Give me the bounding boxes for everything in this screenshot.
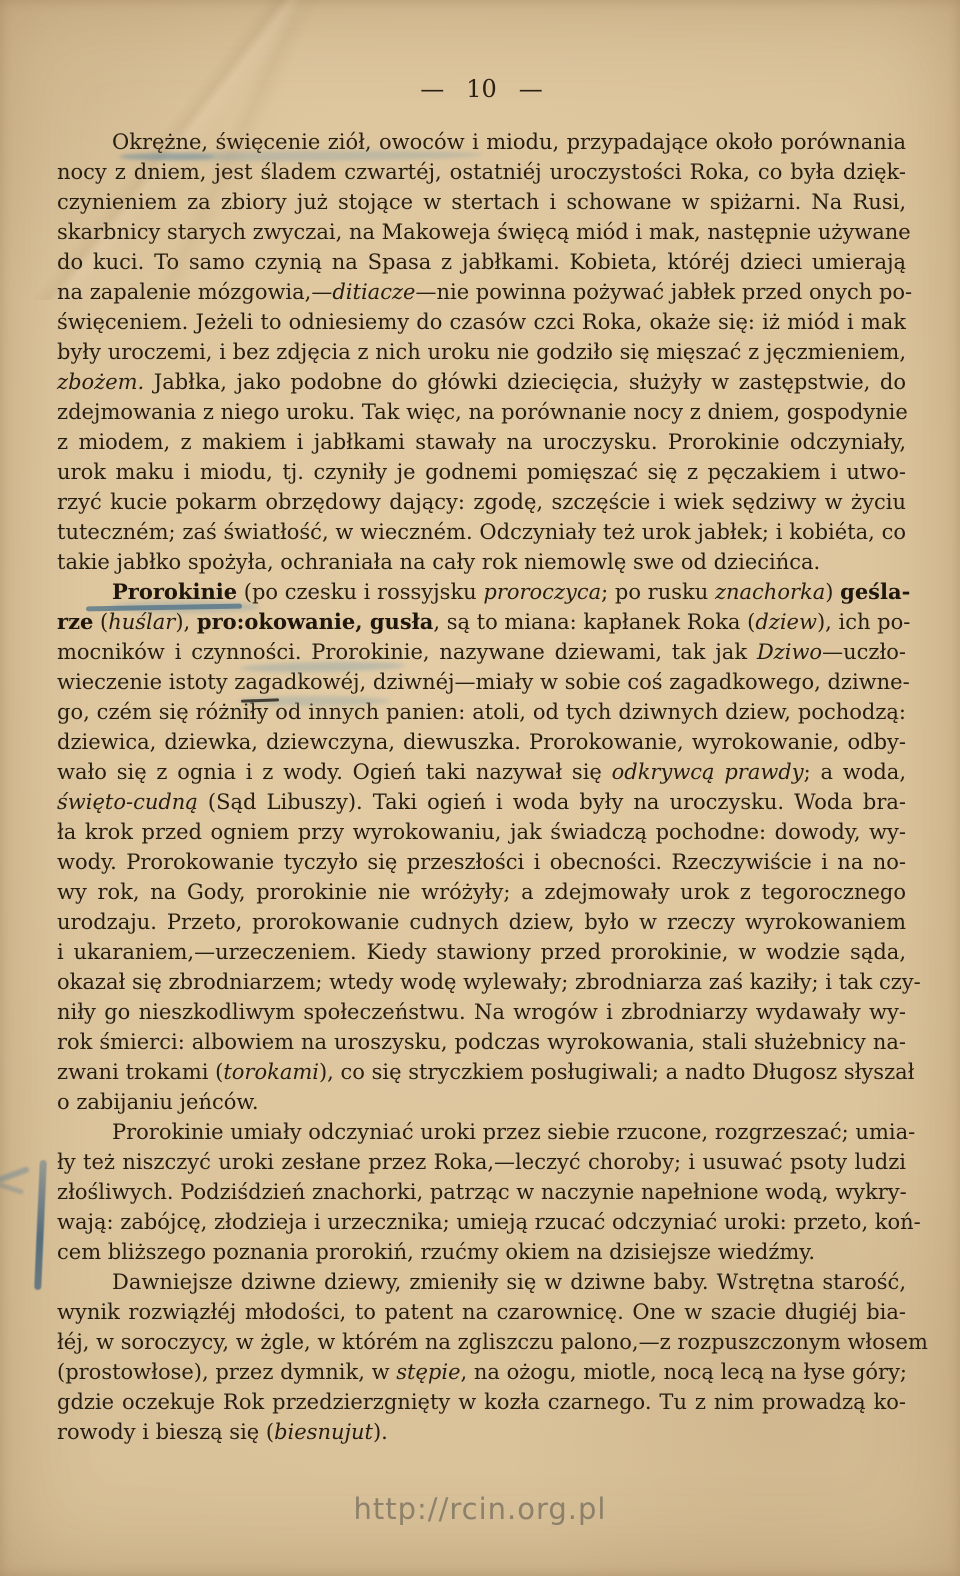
text-run: tuteczném; zaś światłość, w wieczném. Od…: [57, 520, 906, 544]
text-run: święto-cudną: [57, 790, 198, 814]
page-header: —10—: [57, 74, 906, 104]
text-run: wało się z ognia i z wody. Ogień taki na…: [57, 760, 612, 784]
text-line: wynik rozwiązłéj młodości, to patent na …: [57, 1297, 906, 1327]
text-run: rowody i bieszą się (: [57, 1420, 274, 1444]
page-number: 10: [466, 75, 497, 103]
text-line: skarbnicy starych zwyczai, na Makoweja ś…: [57, 217, 906, 247]
text-run: ; a woda,: [804, 760, 906, 784]
text-line: urodzaju. Przeto, prorokowanie cudnych d…: [57, 907, 906, 937]
text-line: zbożem. Jabłka, jako podobne do główki d…: [57, 367, 906, 397]
text-run: wają: zabójcę, złodzieja i urzecznika; u…: [57, 1210, 921, 1234]
text-run: , są to miana: kapłanek Roka (: [433, 610, 755, 634]
text-run: ditiacze: [332, 280, 415, 304]
text-line: rowody i bieszą się (biesnujut).: [57, 1417, 906, 1447]
text-run: Okrężne, święcenie ziół, owoców i miodu,…: [112, 130, 906, 154]
text-run: zbożem.: [57, 370, 144, 394]
pencil-margin-line: [34, 1160, 47, 1290]
text-run: z miodem, z makiem i jabłkami stawały na…: [57, 430, 906, 454]
text-run: niły go nieszkodliwym społeczeństwu. Na …: [57, 1000, 906, 1024]
pencil-margin-tick-lower: [0, 1182, 24, 1195]
text-run: geśla-: [840, 579, 910, 604]
paragraph: Okrężne, święcenie ziół, owoców i miodu,…: [57, 127, 906, 577]
text-run: cem bliższego poznania prorokiń, rzućmy …: [57, 1240, 815, 1264]
text-line: wało się z ognia i z wody. Ogień taki na…: [57, 757, 906, 787]
text-run: (Sąd Libuszy). Taki ogień i woda były na…: [198, 790, 906, 814]
text-run: pro:okowanie, gusła: [197, 609, 433, 634]
text-run: (po czesku i rossyjsku: [237, 580, 483, 604]
text-run: ły też niszczyć uroki zesłane przez Roka…: [57, 1150, 906, 1174]
text-run: Prorokinie umiały odczyniać uroki przez …: [112, 1120, 915, 1144]
text-run: ).: [373, 1420, 388, 1444]
text-run: czynieniem za zbiory już stojące w stert…: [57, 190, 906, 214]
text-run: i ukaraniem,—urzeczeniem. Kiedy stawiony…: [57, 940, 906, 964]
text-run: Dziwo: [757, 640, 822, 664]
text-line: z miodem, z makiem i jabłkami stawały na…: [57, 427, 906, 457]
text-line: do kuci. To samo czynią na Spasa z jabłk…: [57, 247, 906, 277]
text-block: Okrężne, święcenie ziół, owoców i miodu,…: [57, 127, 906, 1447]
text-run: wynik rozwiązłéj młodości, to patent na …: [57, 1300, 906, 1324]
text-run: dziew: [755, 610, 817, 634]
text-line: święto-cudną (Sąd Libuszy). Taki ogień i…: [57, 787, 906, 817]
text-run: ), ich po-: [817, 610, 910, 634]
text-line: na zapalenie mózgowia,—ditiacze—nie powi…: [57, 277, 906, 307]
text-line: nocy z dniem, jest śladem czwartéj, osta…: [57, 157, 906, 187]
text-run: wody. Prorokowanie tyczyło się przeszłoś…: [57, 850, 906, 874]
paragraph: Prorokinie (po czesku i rossyjsku proroc…: [57, 577, 906, 1117]
text-run: go, czém się różniły od innych panien: a…: [57, 700, 906, 724]
text-run: wy rok, na Gody, prorokinie nie wróżyły;…: [57, 880, 906, 904]
text-line: okazał się zbrodniarzem; wtedy wodę wyle…: [57, 967, 906, 997]
text-run: zdejmowania z niego uroku. Tak więc, na …: [57, 400, 908, 424]
text-line: cem bliższego poznania prorokiń, rzućmy …: [57, 1237, 906, 1267]
text-line: rze (huślar), pro:okowanie, gusła, są to…: [57, 607, 906, 637]
text-line: ła krok przed ogniem przy wyrokowaniu, j…: [57, 817, 906, 847]
text-run: ): [825, 580, 840, 604]
text-run: (prostowłose), przez dymnik, w: [57, 1360, 396, 1384]
text-line: rzyć kucie pokarm obrzędowy dający: zgod…: [57, 487, 906, 517]
text-run: Prorokinie: [112, 579, 237, 604]
text-run: torokami: [223, 1060, 319, 1084]
text-line: wody. Prorokowanie tyczyło się przeszłoś…: [57, 847, 906, 877]
text-run: zwani trokami (: [57, 1060, 223, 1084]
text-line: tuteczném; zaś światłość, w wieczném. Od…: [57, 517, 906, 547]
text-run: mocników i czynności. Prorokinie, nazywa…: [57, 640, 757, 664]
text-run: dziewica, dziewka, dziewczyna, diewuszka…: [57, 730, 906, 754]
text-run: biesnujut: [274, 1420, 373, 1444]
text-run: takie jabłko spożyła, ochraniała na cały…: [57, 550, 820, 574]
scanned-book-page: { "header": { "dash": "—", "page_number"…: [0, 0, 960, 1576]
text-run: rok śmierci: albowiem na uroszysku, podc…: [57, 1030, 906, 1054]
text-line: Prorokinie (po czesku i rossyjsku proroc…: [57, 577, 906, 607]
text-line: o zabijaniu jeńców.: [57, 1087, 906, 1117]
text-line: ły też niszczyć uroki zesłane przez Roka…: [57, 1147, 906, 1177]
text-run: ła krok przed ogniem przy wyrokowaniu, j…: [57, 820, 906, 844]
text-run: (: [93, 610, 108, 634]
text-line: wy rok, na Gody, prorokinie nie wróżyły;…: [57, 877, 906, 907]
text-line: mocników i czynności. Prorokinie, nazywa…: [57, 637, 906, 667]
text-line: czynieniem za zbiory już stojące w stert…: [57, 187, 906, 217]
header-dash-right: —: [519, 75, 543, 103]
text-run: —nie powinna pożywać jabłek przed onych …: [415, 280, 912, 304]
text-line: Dawniejsze dziwne dziewy, zmieniły się w…: [57, 1267, 906, 1297]
text-run: huślar: [108, 610, 175, 634]
text-run: skarbnicy starych zwyczai, na Makoweja ś…: [57, 220, 911, 244]
text-run: okazał się zbrodniarzem; wtedy wodę wyle…: [57, 970, 921, 994]
text-line: były uroczemi, i bez zdjęcia z nich urok…: [57, 337, 906, 367]
text-run: stępie: [396, 1360, 460, 1384]
text-run: święceniem. Jeżeli to odniesiemy do czas…: [57, 310, 906, 334]
text-line: dziewica, dziewka, dziewczyna, diewuszka…: [57, 727, 906, 757]
text-line: gdzie oczekuje Rok przedzierzgnięty w ko…: [57, 1387, 906, 1417]
text-run: —uczło-: [822, 640, 906, 664]
watermark: http://rcin.org.pl: [0, 1492, 960, 1526]
text-line: (prostowłose), przez dymnik, w stępie, n…: [57, 1357, 906, 1387]
text-run: ; po rusku: [601, 580, 715, 604]
text-run: rze: [57, 609, 93, 634]
text-run: na zapalenie mózgowia,—: [57, 280, 332, 304]
text-run: gdzie oczekuje Rok przedzierzgnięty w ko…: [57, 1390, 906, 1414]
text-line: rok śmierci: albowiem na uroszysku, podc…: [57, 1027, 906, 1057]
text-line: złośliwych. Podziśdzień znachorki, patrz…: [57, 1177, 906, 1207]
text-run: nocy z dniem, jest śladem czwartéj, osta…: [57, 160, 906, 184]
text-line: wieczenie istoty zagadkowéj, dziwnéj—mia…: [57, 667, 906, 697]
text-run: proroczyca: [483, 580, 601, 604]
text-line: takie jabłko spożyła, ochraniała na cały…: [57, 547, 906, 577]
text-line: Prorokinie umiały odczyniać uroki przez …: [57, 1117, 906, 1147]
text-line: go, czém się różniły od innych panien: a…: [57, 697, 906, 727]
text-line: urok maku i miodu, tj. czyniły je godnem…: [57, 457, 906, 487]
text-line: święceniem. Jeżeli to odniesiemy do czas…: [57, 307, 906, 337]
book-page: —10— Okrężne, święcenie ziół, owoców i m…: [0, 0, 960, 1576]
pencil-margin-tick-upper: [0, 1166, 30, 1184]
text-run: ),: [175, 610, 197, 634]
text-run: Dawniejsze dziwne dziewy, zmieniły się w…: [112, 1270, 906, 1294]
text-run: , na ożogu, miotle, nocą lecą na łyse gó…: [461, 1360, 908, 1384]
text-run: wieczenie istoty zagadkowéj, dziwnéj—mia…: [57, 670, 910, 694]
text-run: rzyć kucie pokarm obrzędowy dający: zgod…: [57, 490, 906, 514]
text-line: łéj, w soroczycy, w żgle, w którém na zg…: [57, 1327, 906, 1357]
text-line: Okrężne, święcenie ziół, owoców i miodu,…: [57, 127, 906, 157]
text-line: zdejmowania z niego uroku. Tak więc, na …: [57, 397, 906, 427]
paragraph: Prorokinie umiały odczyniać uroki przez …: [57, 1117, 906, 1267]
text-run: do kuci. To samo czynią na Spasa z jabłk…: [57, 250, 906, 274]
text-line: i ukaraniem,—urzeczeniem. Kiedy stawiony…: [57, 937, 906, 967]
text-run: ), co się stryczkiem posługiwali; a nadt…: [319, 1060, 915, 1084]
text-line: niły go nieszkodliwym społeczeństwu. Na …: [57, 997, 906, 1027]
text-run: urok maku i miodu, tj. czyniły je godnem…: [57, 460, 906, 484]
text-run: znachorka: [715, 580, 825, 604]
text-run: odkrywcą prawdy: [612, 760, 804, 784]
text-run: były uroczemi, i bez zdjęcia z nich urok…: [57, 340, 906, 364]
text-run: o zabijaniu jeńców.: [57, 1090, 259, 1114]
text-run: łéj, w soroczycy, w żgle, w którém na zg…: [57, 1330, 928, 1354]
header-dash-left: —: [420, 75, 444, 103]
paragraph: Dawniejsze dziwne dziewy, zmieniły się w…: [57, 1267, 906, 1447]
text-run: Jabłka, jako podobne do główki dziecięci…: [144, 370, 906, 394]
text-line: wają: zabójcę, złodzieja i urzecznika; u…: [57, 1207, 906, 1237]
text-line: zwani trokami (torokami), co się stryczk…: [57, 1057, 906, 1087]
text-run: złośliwych. Podziśdzień znachorki, patrz…: [57, 1180, 907, 1204]
text-run: urodzaju. Przeto, prorokowanie cudnych d…: [57, 910, 906, 934]
